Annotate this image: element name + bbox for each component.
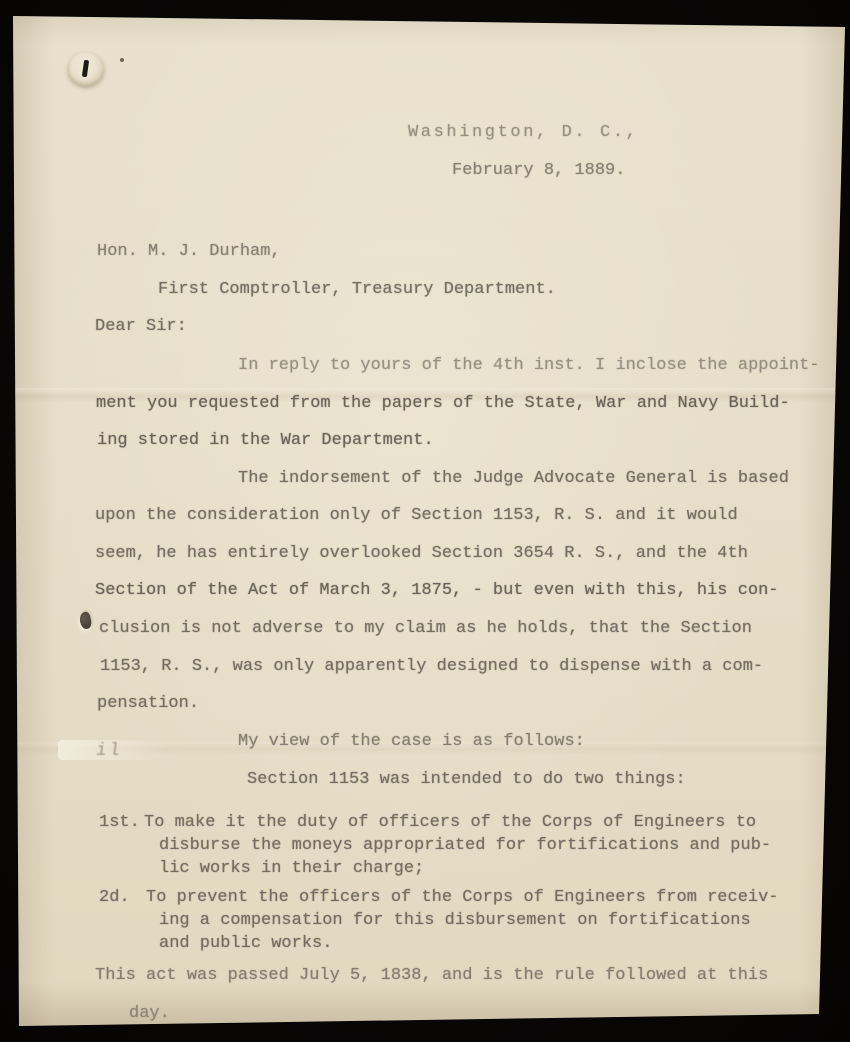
body-line: seem, he has entirely overlooked Section…: [95, 545, 748, 562]
list-line: ing a compensation for this disbursement…: [159, 912, 751, 929]
body-line: ing stored in the War Department.: [97, 432, 434, 449]
letter-page: il Washington, D. C., February 8, 1889. …: [0, 0, 850, 1042]
body-line: My view of the case is as follows:: [238, 733, 585, 750]
scan-stage: il Washington, D. C., February 8, 1889. …: [0, 0, 850, 1042]
salutation: Dear Sir:: [95, 318, 187, 335]
list-line: lic works in their charge;: [159, 860, 424, 877]
body-line: Section 1153 was intended to do two thin…: [247, 771, 686, 788]
body-line: ment you requested from the papers of th…: [96, 395, 790, 412]
erased-pencil-smudge: il: [58, 740, 168, 760]
list-marker: 2d.: [99, 889, 130, 906]
body-line: This act was passed July 5, 1838, and is…: [95, 967, 768, 984]
body-line: upon the consideration only of Section 1…: [95, 507, 738, 524]
list-line: To prevent the officers of the Corps of …: [146, 889, 779, 906]
body-line: The indorsement of the Judge Advocate Ge…: [238, 470, 789, 487]
dateline-place: Washington, D. C.,: [408, 124, 638, 141]
recipient-title: First Comptroller, Treasury Department.: [158, 281, 556, 298]
paper-hole: [78, 611, 92, 630]
body-line: Section of the Act of March 3, 1875, - b…: [95, 582, 779, 599]
eyelet-slit-icon: [82, 60, 89, 78]
body-line: clusion is not adverse to my claim as he…: [99, 620, 752, 637]
ink-speck: [120, 58, 124, 62]
pencil-mark: il: [95, 742, 124, 761]
list-line: disburse the moneys appropriated for for…: [159, 837, 771, 854]
list-line: and public works.: [159, 935, 332, 952]
eyelet-fastener-icon: [68, 52, 104, 86]
body-line: day.: [129, 1005, 170, 1022]
body-line: pensation.: [97, 695, 199, 712]
dateline-date: February 8, 1889.: [452, 162, 625, 179]
body-line: In reply to yours of the 4th inst. I inc…: [238, 357, 820, 374]
body-line: 1153, R. S., was only apparently designe…: [100, 658, 763, 675]
list-line: To make it the duty of officers of the C…: [144, 814, 756, 831]
recipient-name: Hon. M. J. Durham,: [97, 243, 281, 260]
list-marker: 1st.: [99, 814, 140, 831]
